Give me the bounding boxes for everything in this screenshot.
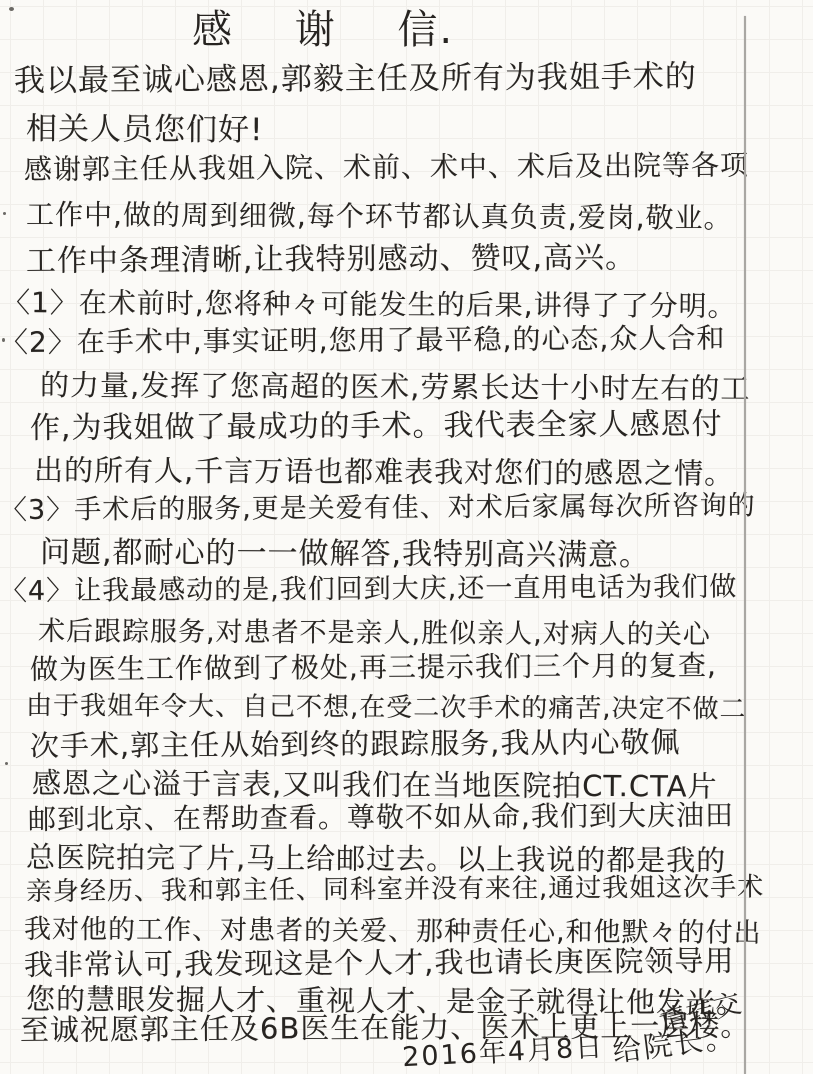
scan-artifact	[3, 212, 6, 215]
scan-artifact	[9, 7, 14, 11]
letter-line-18: 感恩之心溢于言表,又叫我们在当地医院拍CT.CTA片	[32, 767, 718, 804]
letter-line-21: 亲身经历、我和郭主任、同科室并没有来往,通过我姐这次手术	[26, 873, 764, 907]
letter-line-16: 由于我姐年令大、自己不想,在受二次手术的痛苦,决定不做二	[26, 692, 747, 726]
letter-line-14: 术后跟踪服务,对患者不是亲人,胜似亲人,对病人的关心	[38, 616, 711, 651]
letter-line-11: 〈3〉手术后的服务,更是关爱有佳、对术后家属每次所咨询的	[0, 490, 756, 526]
scan-artifact	[2, 338, 5, 342]
letter-line-1: 我以最至诚心感恩,郭毅主任及所有为我姐手术的	[14, 60, 697, 100]
letter-line-6: 〈1〉在术前时,您将种々可能发生的后果,讲得了了分明。	[2, 287, 737, 323]
paper-edge-line	[744, 16, 746, 1074]
letter-title: 感 谢 信.	[192, 6, 454, 54]
letter-line-8: 的力量,发挥了您高超的医术,劳累长达十小时左右的工	[40, 369, 751, 406]
letter-line-9: 作,为我姐做了最成功的手术。我代表全家人感恩付	[30, 408, 723, 447]
scan-artifact	[5, 762, 8, 765]
letter-line-10: 出的所有人,千言万语也都难表我对您们的感恩之情。	[34, 454, 734, 491]
letter-page: 感 谢 信. 我以最至诚心感恩,郭毅主任及所有为我姐手术的 相关人员您们好! 感…	[0, 0, 813, 1074]
letter-line-4: 工作中,做的周到细微,每个环节都认真负责,爱岗,敬业。	[26, 199, 733, 235]
letter-line-5: 工作中条理清晰,让我特别感动、赞叹,高兴。	[26, 241, 636, 279]
letter-line-7: 〈2〉在手术中,事实证明,您用了最平稳,的心态,众人合和	[0, 323, 726, 360]
letter-line-17: 次手术,郭主任从始到终的跟踪服务,我从内心敬佩	[30, 726, 681, 763]
letter-line-12: 问题,都耐心的一一做解答,我特别高兴满意。	[40, 536, 650, 574]
letter-line-19: 邮到北京、在帮助查看。尊敬不如从命,我们到大庆油田	[28, 800, 734, 836]
letter-line-3: 感谢郭主任从我姐入院、术前、术中、术后及出院等各项	[24, 150, 749, 187]
letter-line-23: 我非常认可,我发现这是个人才,我也请长庚医院领导用	[24, 945, 735, 983]
letter-line-2: 相关人员您们好!	[26, 112, 264, 149]
letter-line-13: 〈4〉让我最感动的是,我们回到大庆,还一直用电话为我们做	[0, 571, 737, 607]
letter-line-15: 做为医生工作做到了极处,再三提示我们三个月的复查,	[30, 650, 717, 686]
